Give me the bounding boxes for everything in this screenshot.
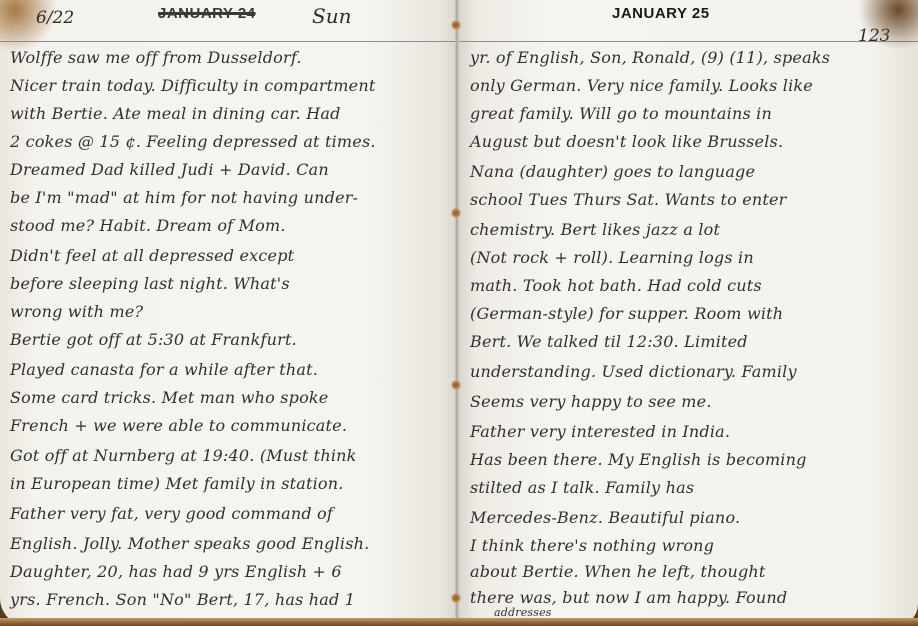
book-gutter (455, 0, 459, 626)
diary-line: be I'm "mad" at him for not having under… (10, 188, 358, 207)
page-number: 6/22 (36, 8, 74, 28)
diary-line: Bertie got off at 5:30 at Frankfurt. (10, 330, 297, 349)
diary-line: about Bertie. When he left, thought (470, 562, 766, 581)
diary-line: Dreamed Dad killed Judi + David. Can (10, 160, 329, 179)
printed-date-left: JANUARY 24 (158, 5, 256, 22)
diary-line: understanding. Used dictionary. Family (470, 362, 797, 381)
diary-line: Nana (daughter) goes to language (470, 162, 755, 181)
diary-line: Got off at Nurnberg at 19:40. (Must thin… (10, 446, 357, 465)
binding-staple (451, 380, 461, 390)
diary-line: Some card tricks. Met man who spoke (10, 388, 328, 407)
binding-staple (451, 208, 461, 218)
diary-line: math. Took hot bath. Had cold cuts (470, 276, 762, 295)
diary-line: wrong with me? (10, 302, 143, 321)
diary-line: Mercedes-Benz. Beautiful piano. (470, 508, 740, 527)
left-page: 6/22 JANUARY 24 Sun Wolffe saw me off fr… (0, 0, 458, 626)
diary-line: school Tues Thurs Sat. Wants to enter (470, 190, 787, 209)
diary-line: stood me? Habit. Dream of Mom. (10, 216, 286, 235)
diary-line: in European time) Met family in station. (10, 474, 344, 493)
diary-line: yrs. French. Son "No" Bert, 17, has had … (10, 590, 355, 609)
diary-line: yr. of English, Son, Ronald, (9) (11), s… (470, 48, 830, 67)
diary-line: Daughter, 20, has had 9 yrs English + 6 (10, 562, 342, 581)
diary-line: before sleeping last night. What's (10, 274, 290, 293)
diary-line: there was, but now I am happy. Found (470, 588, 787, 607)
diary-line: English. Jolly. Mother speaks good Engli… (10, 534, 369, 553)
diary-line: Seems very happy to see me. (470, 392, 712, 411)
diary-line: Has been there. My English is becoming (470, 450, 807, 469)
diary-line: French + we were able to communicate. (10, 416, 347, 435)
diary-spread: 6/22 JANUARY 24 Sun Wolffe saw me off fr… (0, 0, 918, 626)
handwritten-number: 123 (858, 26, 890, 46)
diary-line: stilted as I talk. Family has (470, 478, 694, 497)
diary-line: Father very interested in India. (470, 422, 730, 441)
diary-line: Didn't feel at all depressed except (10, 246, 294, 265)
header-rule (0, 41, 458, 42)
diary-line: (German-style) for supper. Room with (470, 304, 783, 323)
diary-line: 2 cokes @ 15 ¢. Feeling depressed at tim… (10, 132, 376, 151)
binding-staple (451, 20, 461, 30)
diary-line: Father very fat, very good command of (10, 504, 333, 523)
diary-line: August but doesn't look like Brussels. (470, 132, 783, 151)
diary-line: chemistry. Bert likes jazz a lot (470, 220, 720, 239)
diary-line: Bert. We talked til 12:30. Limited (470, 332, 748, 351)
diary-line: Wolffe saw me off from Dusseldorf. (10, 48, 302, 67)
handwritten-day: Sun (312, 4, 351, 28)
diary-line: I think there's nothing wrong (470, 536, 714, 555)
diary-line: Played canasta for a while after that. (10, 360, 318, 379)
diary-line: great family. Will go to mountains in (470, 104, 772, 123)
diary-line: only German. Very nice family. Looks lik… (470, 76, 813, 95)
header-rule (458, 41, 918, 42)
printed-date-right: JANUARY 25 (612, 5, 710, 22)
diary-line: Nicer train today. Difficulty in compart… (10, 76, 376, 95)
diary-line: (Not rock + roll). Learning logs in (470, 248, 754, 267)
book-cover-edge (0, 618, 918, 626)
diary-line: with Bertie. Ate meal in dining car. Had (10, 104, 341, 123)
binding-staple (451, 593, 461, 603)
